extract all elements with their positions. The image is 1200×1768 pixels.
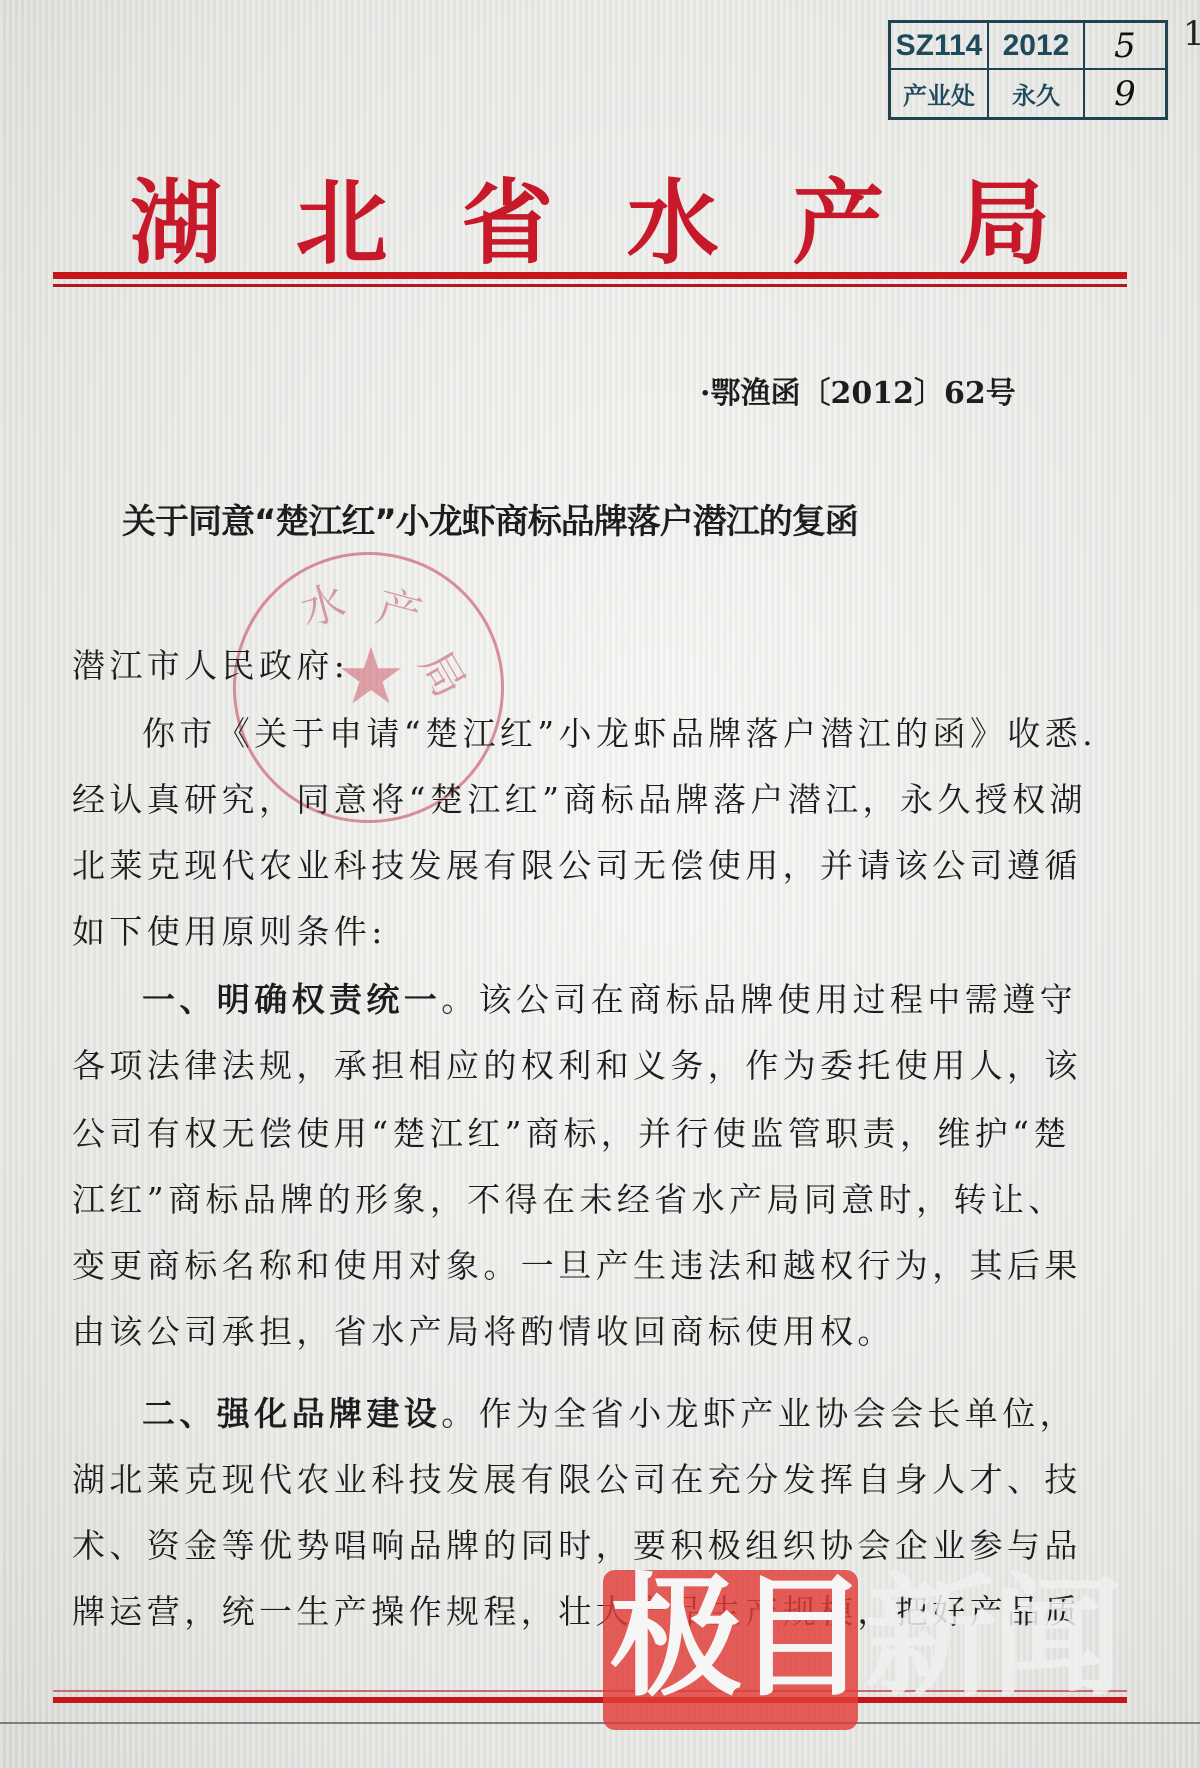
agency-char: 水 bbox=[627, 150, 719, 282]
agency-char: 产 bbox=[792, 150, 884, 282]
section-1-line: 一、明确权责统一。该公司在商标品牌使用过程中需遵守 bbox=[142, 980, 1200, 1020]
section-1-heading: 一、明确权责统一 bbox=[142, 980, 441, 1019]
document-number: ·鄂渔函〔2012〕62号 bbox=[700, 368, 1016, 412]
body-line: 由该公司承担，省水产局将酌情收回商标使用权。 bbox=[72, 1312, 1132, 1352]
archive-department: 产业处 bbox=[891, 70, 989, 117]
section-2-text: 。作为全省小龙虾产业协会会长单位， bbox=[441, 1394, 1077, 1433]
agency-char: 省 bbox=[461, 150, 553, 282]
header-rule-thin bbox=[53, 284, 1127, 287]
agency-char: 北 bbox=[296, 150, 388, 282]
section-1-text: 。该公司在商标品牌使用过程中需遵守 bbox=[441, 980, 1077, 1019]
document-title: 关于同意“楚江红”小龙虾商标品牌落户潜江的复函 bbox=[122, 494, 858, 543]
body-line: 如下使用原则条件: bbox=[72, 912, 1132, 952]
body-line: 江红”商标品牌的形象，不得在未经省水产局同意时，转让、 bbox=[72, 1180, 1132, 1220]
agency-header: 湖 北 省 水 产 局 bbox=[130, 150, 1050, 282]
header-rule-thick bbox=[53, 272, 1127, 279]
agency-char: 湖 bbox=[130, 150, 222, 282]
archive-code: SZ114 bbox=[891, 23, 989, 70]
section-2-heading: 二、强化品牌建设 bbox=[142, 1394, 441, 1433]
body-line: 各项法律法规，承担相应的权利和义务，作为委托使用人，该 bbox=[72, 1046, 1132, 1086]
archive-retention: 永久 bbox=[989, 70, 1085, 117]
page-edge-line bbox=[0, 1722, 1200, 1724]
body-line: 公司有权无偿使用“楚江红”商标，并行使监管职责，维护“楚 bbox=[72, 1114, 1132, 1154]
page-mark: 1 bbox=[1183, 14, 1200, 54]
archive-year: 2012 bbox=[989, 23, 1085, 70]
agency-char: 局 bbox=[958, 150, 1050, 282]
body-line: 北莱克现代农业科技发展有限公司无偿使用，并请该公司遵循 bbox=[72, 846, 1132, 886]
body-line: 你市《关于申请“楚江红”小龙虾品牌落户潜江的函》收悉. bbox=[142, 714, 1200, 754]
section-2-line: 二、强化品牌建设。作为全省小龙虾产业协会会长单位， bbox=[142, 1394, 1200, 1434]
archive-box-number: 5 bbox=[1085, 23, 1165, 70]
body-line: 变更商标名称和使用对象。一旦产生违法和越权行为，其后果 bbox=[72, 1246, 1132, 1286]
watermark-text: 新闻 bbox=[865, 1572, 1117, 1704]
archive-item-number: 9 bbox=[1085, 70, 1165, 117]
watermark-text: 极目 bbox=[610, 1572, 862, 1704]
salutation: 潜江市人民政府: bbox=[72, 646, 1132, 686]
archive-stamp: SZ114 2012 5 产业处 永久 9 bbox=[888, 20, 1168, 120]
body-line: 湖北莱克现代农业科技发展有限公司在充分发挥自身人才、技 bbox=[72, 1460, 1132, 1500]
body-line: 经认真研究，同意将“楚江红”商标品牌落户潜江，永久授权湖 bbox=[72, 780, 1132, 820]
